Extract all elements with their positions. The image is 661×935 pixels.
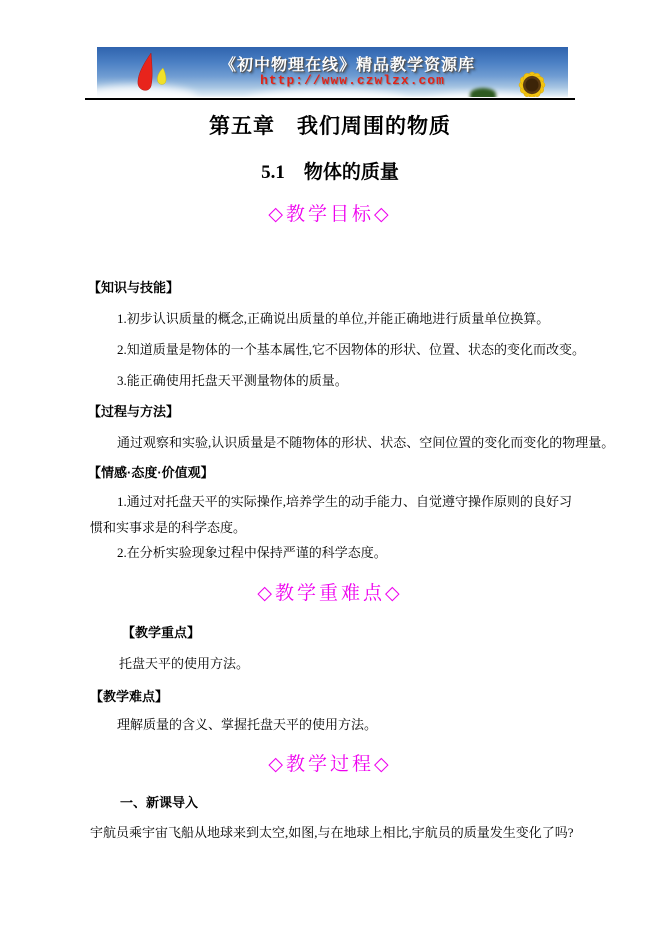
cloud-decoration (247, 89, 407, 97)
difficulty-item-1: 理解质量的含义、掌握托盘天平的使用方法。 (117, 714, 377, 733)
heading-process: ◇教学过程◇ (85, 749, 575, 776)
section-label-lesson-intro: 一、新课导入 (120, 792, 198, 811)
section-label-difficulty: 【教学难点】 (90, 686, 168, 705)
knowledge-item-2: 2.知道质量是物体的一个基本属性,它不因物体的形状、位置、状态的变化而改变。 (117, 339, 585, 358)
section-label-process-method: 【过程与方法】 (88, 401, 179, 420)
banner-site-url[interactable]: http://www.czwlzx.com (207, 73, 498, 88)
lesson-title: 5.1 物体的质量 (85, 157, 575, 184)
lesson-intro-item-1: 宇航员乘宇宙飞船从地球来到太空,如图,与在地球上相比,宇航员的质量发生变化了吗? (90, 822, 574, 841)
emotion-item-2: 2.在分析实验现象过程中保持严谨的科学态度。 (117, 542, 387, 561)
chapter-title: 第五章 我们周围的物质 (85, 110, 575, 140)
header-divider (85, 98, 575, 100)
emotion-item-1: 1.通过对托盘天平的实际操作,培养学生的动手能力、自觉遵守操作原则的良好习惯和实… (90, 489, 574, 541)
site-banner: 《初中物理在线》精品教学资源库 http://www.czwlzx.com (97, 47, 568, 97)
site-logo-flame-icon (129, 52, 175, 94)
key-point-item-1: 托盘天平的使用方法。 (119, 653, 249, 672)
document-page: 《初中物理在线》精品教学资源库 http://www.czwlzx.com 第五… (0, 0, 661, 935)
banner-site-title: 《初中物理在线》精品教学资源库 (187, 52, 508, 75)
process-method-item-1: 通过观察和实验,认识质量是不随物体的形状、状态、空间位置的变化而变化的物理量。 (117, 432, 614, 451)
heading-key-points: ◇教学重难点◇ (85, 578, 575, 605)
knowledge-item-1: 1.初步认识质量的概念,正确说出质量的单位,并能正确地进行质量单位换算。 (117, 308, 549, 327)
grass-decoration (470, 88, 496, 97)
section-label-key-point: 【教学重点】 (122, 622, 200, 641)
section-label-knowledge: 【知识与技能】 (88, 277, 179, 296)
knowledge-item-3: 3.能正确使用托盘天平测量物体的质量。 (117, 370, 348, 389)
sunflower-icon (506, 59, 558, 97)
heading-objectives: ◇教学目标◇ (85, 199, 575, 226)
section-label-emotion: 【情感·态度·价值观】 (88, 462, 214, 481)
